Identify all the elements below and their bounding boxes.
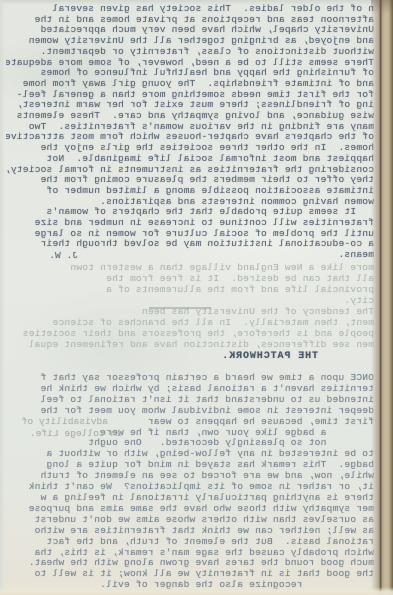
ghost-text-block: more like a New England village than a w…: [6, 262, 374, 350]
book-page-edge: [371, 0, 393, 595]
article-1-text: n of the older ladies. This society has …: [6, 4, 374, 261]
ghost-fragment-2: in College Life.: [30, 428, 122, 439]
article-2-heading: THE PATCHWORK.: [221, 351, 318, 362]
ghost-underline-mark: [149, 307, 211, 309]
screenshot-root: { "document": { "kind": "scanned typewri…: [0, 0, 393, 595]
ghost-fragment-1: advisability of: [22, 416, 108, 427]
page-bottom-edge: [0, 587, 393, 595]
scanned-page: n of the older ladies. This society has …: [0, 0, 393, 595]
mirrored-showthrough-text-layer: n of the older ladies. This society has …: [6, 0, 374, 595]
article-1-signature: J. W.: [49, 250, 78, 261]
article-2-text: ONCE upon a time we heard a certain prof…: [6, 373, 374, 591]
